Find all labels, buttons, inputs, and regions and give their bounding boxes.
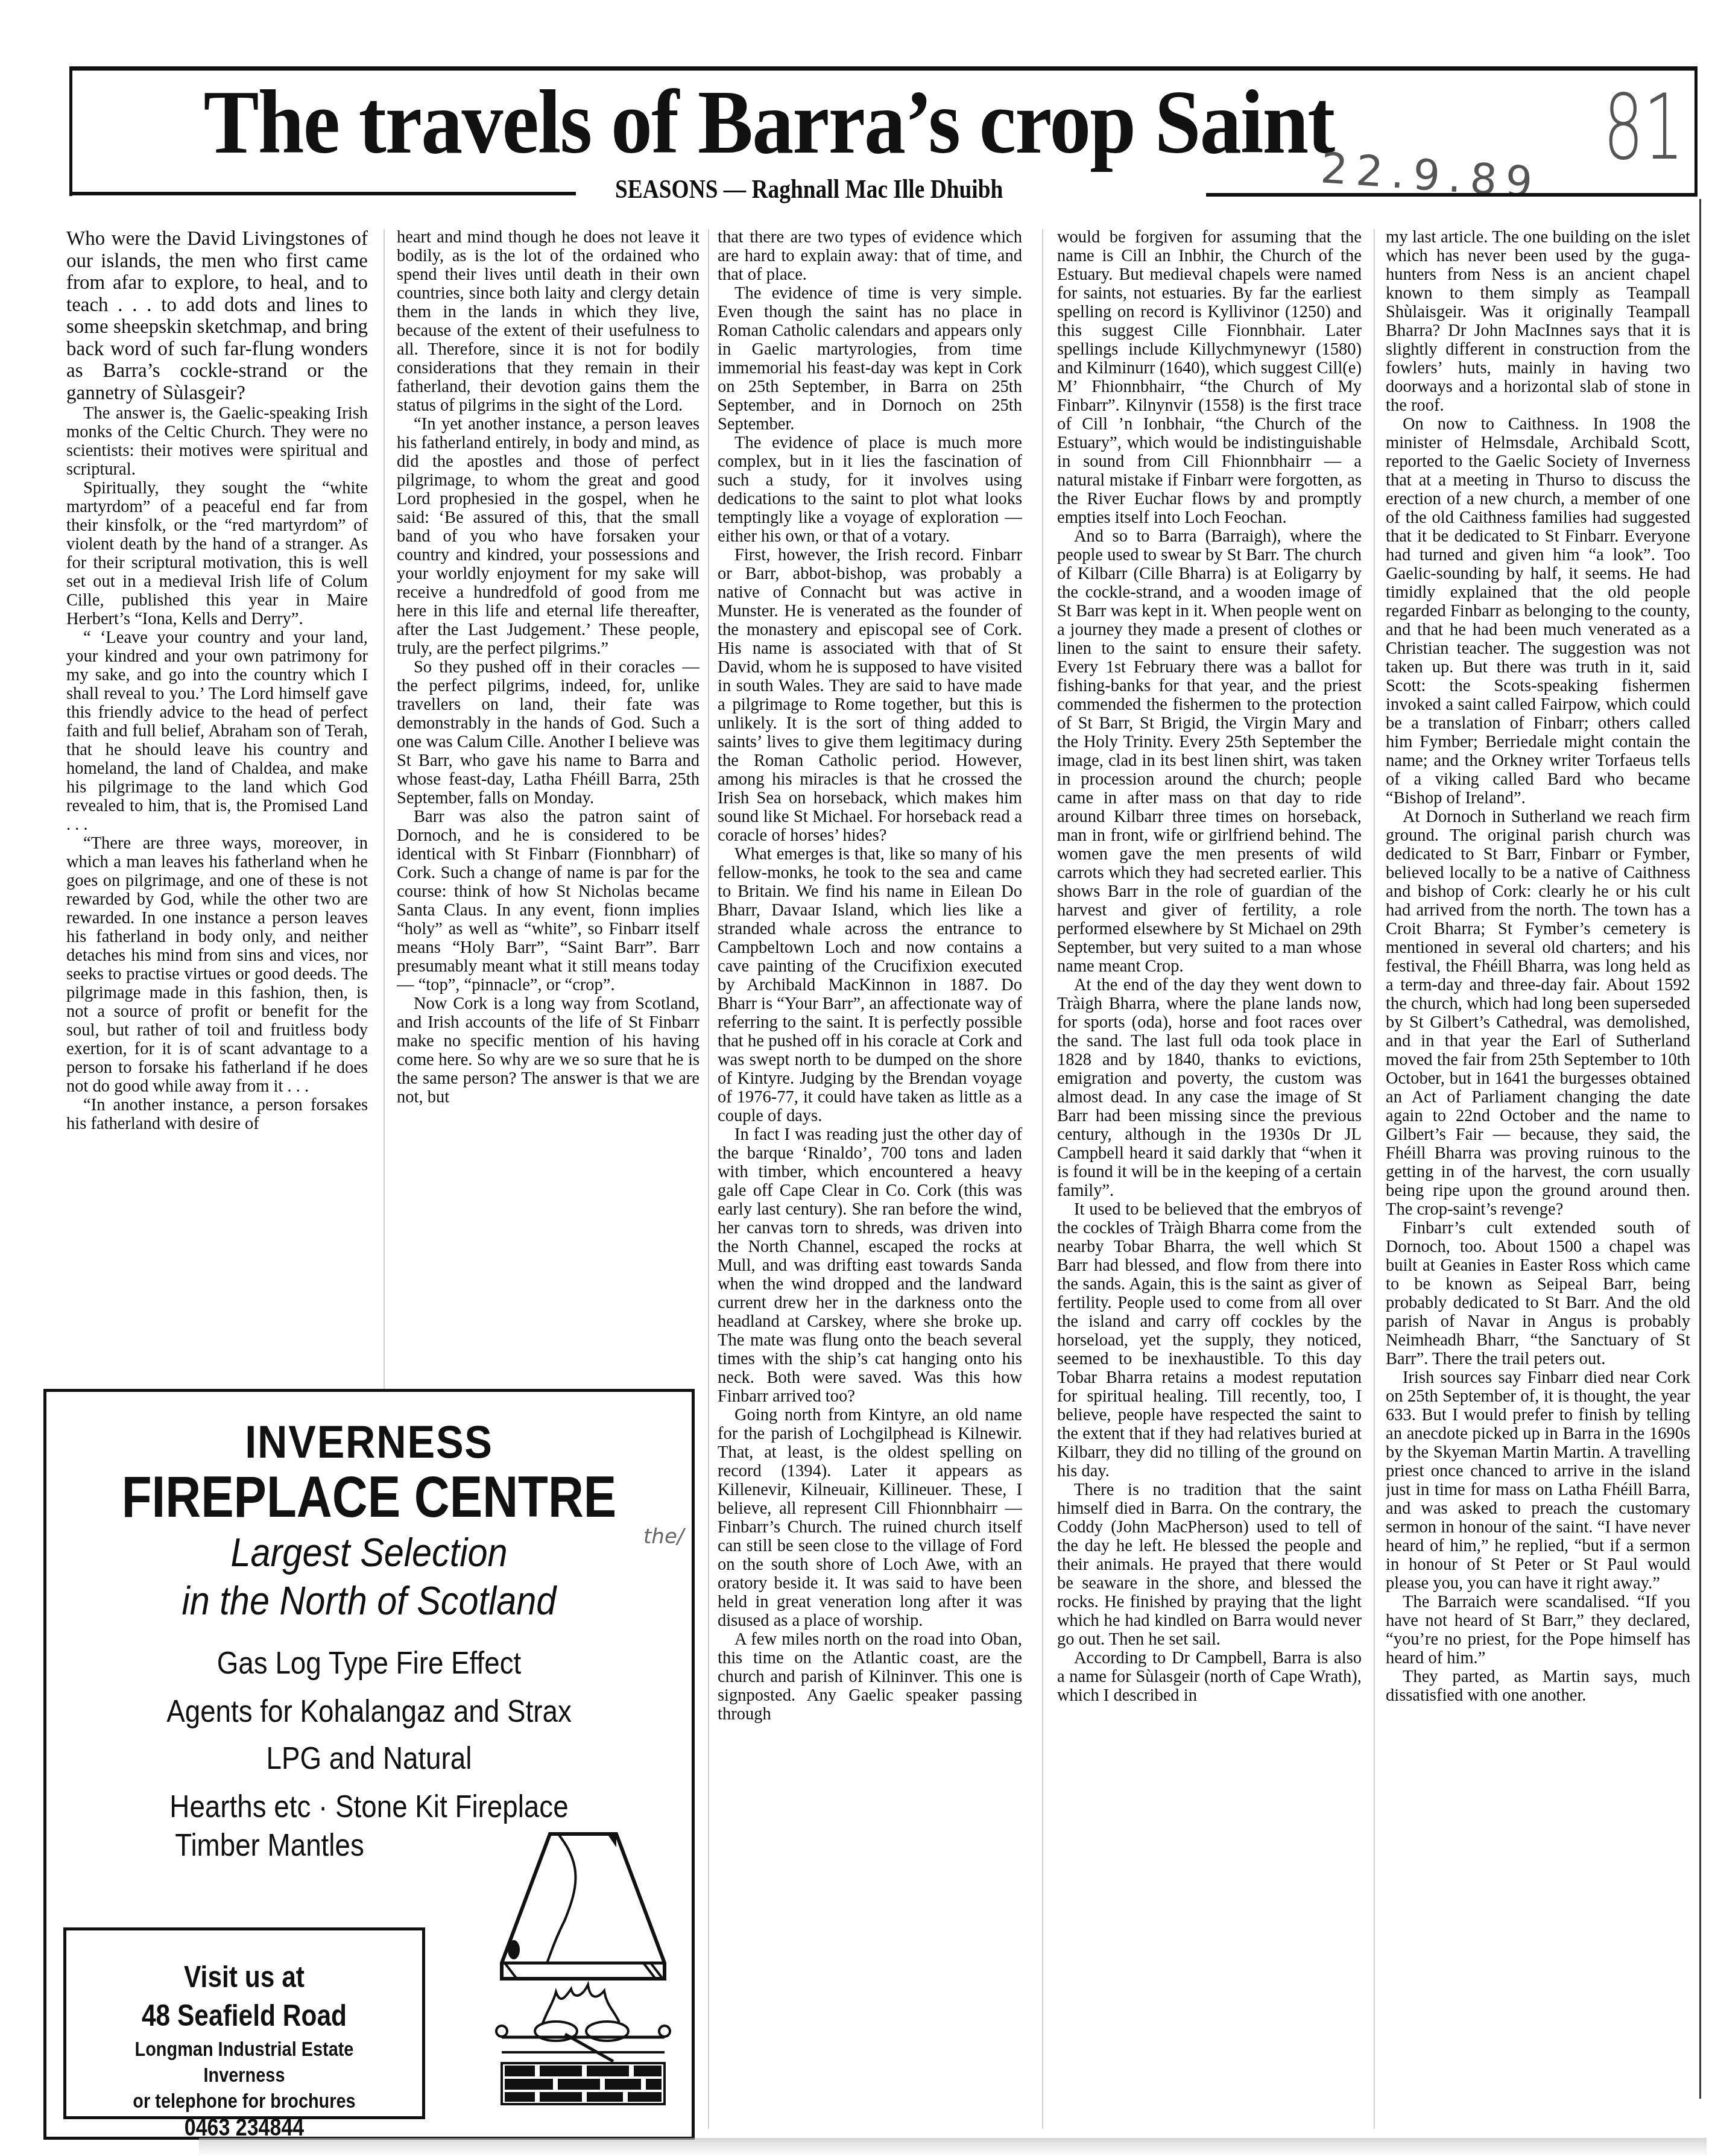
paragraph: At Dornoch in Sutherland we reach firm g… bbox=[1386, 808, 1690, 1219]
newspaper-clipping: The travels of Barra’s crop Saint 81 22.… bbox=[0, 0, 1715, 2156]
paragraph: They parted, as Martin says, much dissat… bbox=[1386, 1668, 1690, 1705]
fireplace-illustration-icon bbox=[493, 1829, 674, 2107]
paragraph: Barr was also the patron saint of Dornoc… bbox=[397, 808, 700, 994]
paragraph: Irish sources say Finbarr died near Cork… bbox=[1386, 1368, 1690, 1593]
paragraph: The Barraich were scandalised. “If you h… bbox=[1386, 1593, 1690, 1668]
paragraph: that there are two types of evidence whi… bbox=[718, 228, 1022, 284]
article-column-3: that there are two types of evidence whi… bbox=[718, 228, 1022, 2134]
paragraph: Now Cork is a long way from Scotland, an… bbox=[397, 994, 700, 1107]
ad-visit-label: Visit us at bbox=[93, 1959, 396, 1994]
byline-rule bbox=[1206, 193, 1698, 197]
paragraph: The evidence of time is very simple. Eve… bbox=[718, 284, 1022, 434]
headline: The travels of Barra’s crop Saint bbox=[145, 71, 1393, 174]
paragraph: Finbarr’s cult extended south of Dornoch… bbox=[1386, 1219, 1690, 1368]
ad-business-name-line1: INVERNESS bbox=[79, 1416, 660, 1468]
paragraph: There is no tradition that the saint him… bbox=[1057, 1481, 1362, 1649]
ad-feature: Agents for Kohalangaz and Strax bbox=[85, 1693, 653, 1730]
column-divider bbox=[1042, 229, 1043, 2129]
column-divider bbox=[708, 229, 709, 2129]
paragraph: my last article. The one building on the… bbox=[1386, 228, 1690, 415]
byline-rule bbox=[69, 192, 576, 195]
handwritten-page-number: 81 bbox=[1603, 75, 1684, 180]
ad-feature: Hearths etc · Stone Kit Fireplace bbox=[85, 1789, 653, 1825]
article-column-5: my last article. The one building on the… bbox=[1386, 228, 1690, 2134]
ad-town: Inverness bbox=[93, 2064, 396, 2087]
paragraph: The evidence of place is much more compl… bbox=[718, 434, 1022, 546]
byline: SEASONS — Raghnall Mac Ille Dhuibh bbox=[615, 174, 1003, 204]
paragraph: “In yet another instance, a person leave… bbox=[397, 415, 700, 658]
paragraph: “ ‘Leave your country and your land, you… bbox=[66, 628, 368, 834]
paragraph: On now to Caithness. In 1908 the ministe… bbox=[1386, 415, 1690, 808]
column-divider bbox=[1374, 229, 1375, 2129]
ad-tagline: Largest Selection bbox=[79, 1529, 660, 1575]
paragraph: At the end of the day they went down to … bbox=[1057, 976, 1362, 1200]
article-column-2: heart and mind though he does not leave … bbox=[397, 228, 700, 1368]
paragraph: So they pushed off in their coracles — t… bbox=[397, 658, 700, 808]
paragraph: Spiritually, they sought the “white mart… bbox=[66, 479, 368, 628]
ad-business-name-line2: FIREPLACE CENTRE bbox=[95, 1464, 643, 1531]
ad-feature: Gas Log Type Fire Effect bbox=[85, 1645, 653, 1681]
paragraph: It used to be believed that the embryos … bbox=[1057, 1200, 1362, 1481]
paragraph: First, however, the Irish record. Finbar… bbox=[718, 546, 1022, 845]
paragraph: And so to Barra (Barraigh), where the pe… bbox=[1057, 527, 1362, 976]
paragraph: “In another instance, a person forsakes … bbox=[66, 1096, 368, 1133]
ad-street-address: 48 Seafield Road bbox=[93, 1998, 396, 2033]
paragraph: Going north from Kintyre, an old name fo… bbox=[718, 1406, 1022, 1630]
paragraph: According to Dr Campbell, Barra is also … bbox=[1057, 1649, 1362, 1705]
paragraph: Who were the David Livingstones of our i… bbox=[66, 228, 368, 404]
paragraph: “There are three ways, moreover, in whic… bbox=[66, 834, 368, 1096]
ad-telephone-label: or telephone for brochures bbox=[93, 2090, 396, 2113]
ad-tagline: in the North of Scotland bbox=[79, 1578, 660, 1623]
ad-estate: Longman Industrial Estate bbox=[93, 2038, 396, 2061]
page-edge-rule bbox=[1699, 199, 1701, 2099]
scan-edge-shadow bbox=[199, 2138, 1707, 2156]
ad-address-box: Visit us at 48 Seafield Road Longman Ind… bbox=[63, 1927, 425, 2119]
paragraph: would be forgiven for assuming that the … bbox=[1057, 228, 1362, 527]
article-column-1: Who were the David Livingstones of our i… bbox=[66, 228, 368, 1368]
paragraph: What emerges is that, like so many of hi… bbox=[718, 845, 1022, 1125]
fireplace-advertisement: INVERNESS FIREPLACE CENTRE Largest Selec… bbox=[43, 1389, 695, 2140]
handwritten-correction: the/ bbox=[643, 1525, 684, 1549]
paragraph: A few miles north on the road into Oban,… bbox=[718, 1630, 1022, 1724]
paragraph: The answer is, the Gaelic-speaking Irish… bbox=[66, 404, 368, 479]
paragraph: heart and mind though he does not leave … bbox=[397, 228, 700, 415]
article-column-4: would be forgiven for assuming that the … bbox=[1057, 228, 1362, 2134]
paragraph: In fact I was reading just the other day… bbox=[718, 1125, 1022, 1406]
ad-feature: LPG and Natural bbox=[85, 1740, 653, 1777]
